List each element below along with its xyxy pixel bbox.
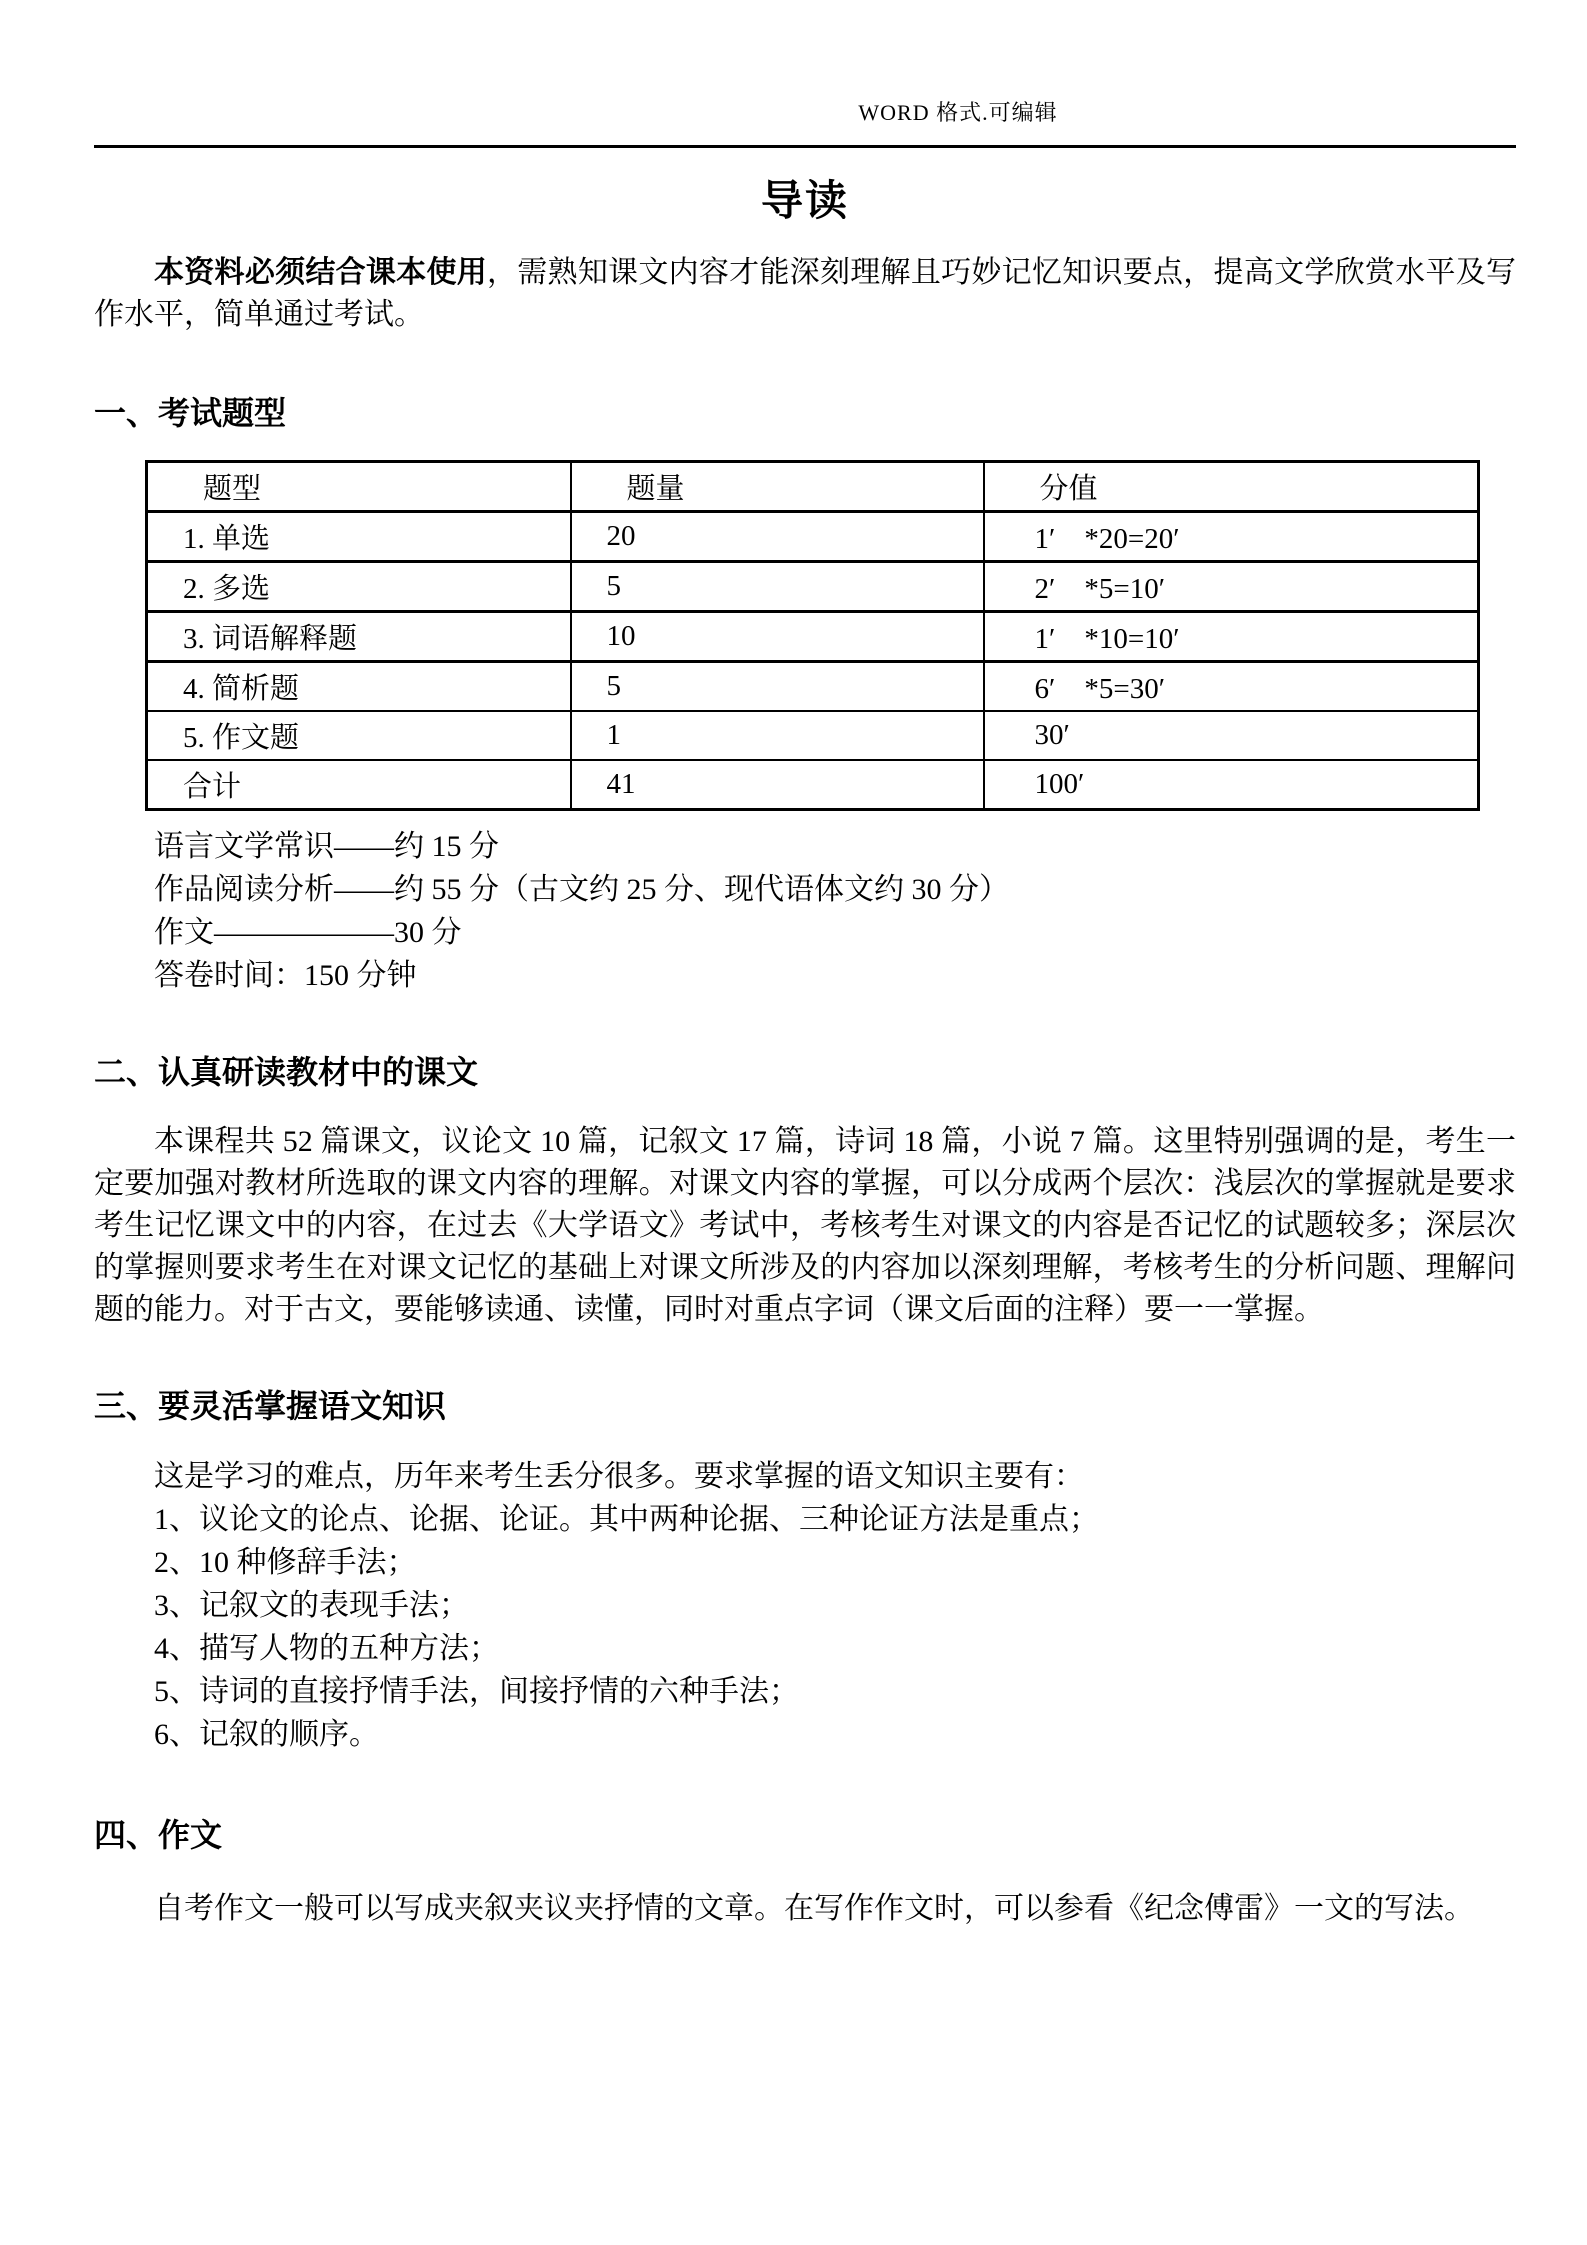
page-header: WORD 格式.可编辑	[94, 96, 1516, 148]
table-row: 5. 作文题 1 30′	[147, 711, 1479, 760]
list-item: 2、10 种修辞手法；	[94, 1541, 1516, 1584]
list-item: 5、诗词的直接抒情手法，间接抒情的六种手法；	[94, 1670, 1516, 1713]
table-row: 2. 多选 5 2′ *5=10′	[147, 562, 1479, 612]
list-item: 3、记叙文的表现手法；	[94, 1584, 1516, 1627]
table-row: 3. 词语解释题 10 1′ *10=10′	[147, 612, 1479, 662]
score-breakdown-notes: 语言文学常识——约 15 分 作品阅读分析——约 55 分（古文约 25 分、现…	[94, 825, 1516, 997]
cell-count: 1	[571, 711, 984, 760]
section1-heading: 一、考试题型	[94, 388, 1516, 434]
exam-types-table: 题型 题量 分值 1. 单选 20 1′ *20=20′ 2. 多选 5 2′ …	[145, 460, 1480, 811]
col-header-question-type: 题型	[147, 462, 571, 512]
intro-paragraph: 本资料必须结合课本使用，需熟知课文内容才能深刻理解且巧妙记忆知识要点，提高文学欣…	[94, 252, 1516, 336]
note-line: 语言文学常识——约 15 分	[94, 825, 1516, 868]
cell-type: 合计	[147, 760, 571, 810]
cell-count: 10	[571, 612, 984, 662]
cell-count: 5	[571, 662, 984, 712]
col-header-question-count: 题量	[571, 462, 984, 512]
section2-paragraph: 本课程共 52 篇课文，议论文 10 篇，记叙文 17 篇，诗词 18 篇，小说…	[94, 1121, 1516, 1331]
note-line: 答卷时间：150 分钟	[94, 954, 1516, 997]
table-row: 4. 简析题 5 6′ *5=30′	[147, 662, 1479, 712]
cell-score: 2′ *5=10′	[984, 562, 1479, 612]
list-item: 4、描写人物的五种方法；	[94, 1627, 1516, 1670]
list-intro-line: 这是学习的难点，历年来考生丢分很多。要求掌握的语文知识主要有：	[94, 1455, 1516, 1498]
cell-score: 1′ *20=20′	[984, 512, 1479, 562]
cell-score: 100′	[984, 760, 1479, 810]
cell-count: 5	[571, 562, 984, 612]
cell-type: 3. 词语解释题	[147, 612, 571, 662]
cell-type: 4. 简析题	[147, 662, 571, 712]
list-item: 6、记叙的顺序。	[94, 1713, 1516, 1756]
note-line: 作品阅读分析——约 55 分（古文约 25 分、现代语体文约 30 分）	[94, 868, 1516, 911]
cell-type: 2. 多选	[147, 562, 571, 612]
section4-heading: 四、作文	[94, 1810, 1516, 1856]
table-total-row: 合计 41 100′	[147, 760, 1479, 810]
table-header-row: 题型 题量 分值	[147, 462, 1479, 512]
cell-type: 1. 单选	[147, 512, 571, 562]
cell-score: 30′	[984, 711, 1479, 760]
list-item: 1、议论文的论点、论据、论证。其中两种论据、三种论证方法是重点；	[94, 1498, 1516, 1541]
section4-paragraph: 自考作文一般可以写成夹叙夹议夹抒情的文章。在写作作文时，可以参看《纪念傅雷》一文…	[94, 1888, 1516, 1930]
knowledge-points-list: 这是学习的难点，历年来考生丢分很多。要求掌握的语文知识主要有： 1、议论文的论点…	[94, 1455, 1516, 1756]
page-title: 导读	[94, 168, 1516, 228]
table-row: 1. 单选 20 1′ *20=20′	[147, 512, 1479, 562]
cell-score: 1′ *10=10′	[984, 612, 1479, 662]
cell-count: 41	[571, 760, 984, 810]
col-header-score: 分值	[984, 462, 1479, 512]
cell-score: 6′ *5=30′	[984, 662, 1479, 712]
note-line: 作文——————30 分	[94, 911, 1516, 954]
document-page: WORD 格式.可编辑 导读 本资料必须结合课本使用，需熟知课文内容才能深刻理解…	[0, 0, 1587, 2245]
intro-lead-bold: 本资料必须结合课本使用	[154, 256, 487, 289]
header-watermark-text: WORD 格式.可编辑	[247, 96, 1587, 127]
section3-heading: 三、要灵活掌握语文知识	[94, 1381, 1516, 1427]
cell-count: 20	[571, 512, 984, 562]
cell-type: 5. 作文题	[147, 711, 571, 760]
section2-heading: 二、认真研读教材中的课文	[94, 1047, 1516, 1093]
